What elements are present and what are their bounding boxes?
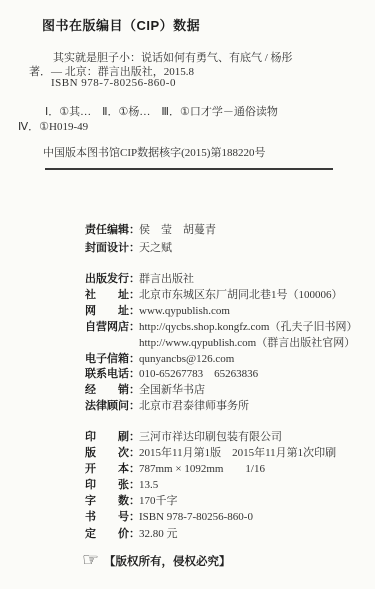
distribution-value: 全国新华书店	[139, 383, 205, 399]
pointing-hand-icon: ☞	[82, 551, 99, 570]
editor-label: 责任编辑：	[85, 222, 139, 240]
book-number-row: 书 号： ISBN 978-7-80256-860-0	[85, 509, 336, 525]
publish-distribute-value: 群言出版社	[139, 272, 194, 288]
online-store-label: 自营网店：	[85, 320, 139, 336]
publisher-section: 出版发行： 群言出版社 社 址： 北京市东城区东厂胡同北巷1号（100006） …	[85, 272, 357, 415]
distribution-row: 经 销： 全国新华书店	[85, 383, 357, 399]
copyright-text: 【版权所有，侵权必究】	[104, 553, 231, 569]
sheets-row: 印 张： 13.5	[85, 477, 336, 493]
sheets-label: 印 张：	[85, 477, 139, 493]
publish-distribute-row: 出版发行： 群言出版社	[85, 272, 357, 288]
phone-value: 010-65267783 65263836	[139, 367, 258, 383]
email-row: 电子信箱： qunyancbs@126.com	[85, 352, 357, 368]
word-count-value: 170千字	[139, 493, 178, 509]
cip-record-number: 中国版本图书馆CIP数据核字(2015)第188220号	[43, 144, 265, 160]
address-value: 北京市东城区东厂胡同北巷1号（100006）	[139, 288, 343, 304]
editor-value: 侯 莹 胡蔓青	[139, 222, 216, 240]
format-row: 开 本： 787mm × 1092mm 1/16	[85, 461, 336, 477]
cover-design-value: 天之赋	[139, 240, 172, 258]
printing-section: 印 刷： 三河市祥达印刷包装有限公司 版 次： 2015年11月第1版 2015…	[85, 429, 336, 542]
address-row: 社 址： 北京市东城区东厂胡同北巷1号（100006）	[85, 288, 357, 304]
email-label: 电子信箱：	[85, 352, 139, 368]
cip-heading: 图书在版编目（CIP）数据	[42, 15, 200, 34]
word-count-label: 字 数：	[85, 493, 139, 509]
price-value: 32.80 元	[139, 526, 178, 542]
printer-row: 印 刷： 三河市祥达印刷包装有限公司	[85, 429, 336, 445]
sheets-value: 13.5	[139, 477, 158, 493]
copyright-notice: ☞ 【版权所有，侵权必究】	[82, 551, 231, 570]
price-row: 定 价： 32.80 元	[85, 526, 336, 542]
edition-row: 版 次： 2015年11月第1版 2015年11月第1次印刷	[85, 445, 336, 461]
editor-row: 责任编辑： 侯 莹 胡蔓青	[85, 222, 216, 240]
divider-line	[45, 168, 333, 170]
edition-label: 版 次：	[85, 445, 139, 461]
legal-counsel-label: 法律顾问：	[85, 399, 139, 415]
online-store-label-2	[85, 336, 139, 352]
address-label: 社 址：	[85, 288, 139, 304]
website-value: www.qypublish.com	[139, 304, 230, 320]
printer-value: 三河市祥达印刷包装有限公司	[139, 429, 282, 445]
legal-counsel-value: 北京市君泰律师事务所	[139, 399, 249, 415]
cip-classification-line-2: Ⅳ．①H019-49	[18, 118, 88, 134]
printer-label: 印 刷：	[85, 429, 139, 445]
website-row: 网 址： www.qypublish.com	[85, 304, 357, 320]
cip-classification-line-1: Ⅰ．①其… Ⅱ．①杨… Ⅲ．①口才学－通俗读物	[45, 103, 278, 119]
cover-design-row: 封面设计： 天之赋	[85, 240, 216, 258]
email-value: qunyancbs@126.com	[139, 352, 234, 368]
credits-section: 责任编辑： 侯 莹 胡蔓青 封面设计： 天之赋	[85, 222, 216, 257]
phone-label: 联系电话：	[85, 367, 139, 383]
price-label: 定 价：	[85, 526, 139, 542]
publish-distribute-label: 出版发行：	[85, 272, 139, 288]
format-label: 开 本：	[85, 461, 139, 477]
book-copyright-page: 图书在版编目（CIP）数据 其实就是胆子小：说话如何有勇气、有底气 / 杨彤 著…	[0, 0, 375, 589]
word-count-row: 字 数： 170千字	[85, 493, 336, 509]
online-store-row: 自营网店： http://qycbs.shop.kongfz.com（孔夫子旧书…	[85, 320, 357, 336]
distribution-label: 经 销：	[85, 383, 139, 399]
cip-isbn-line: ISBN 978-7-80256-860-0	[51, 77, 176, 89]
book-number-label: 书 号：	[85, 509, 139, 525]
legal-counsel-row: 法律顾问： 北京市君泰律师事务所	[85, 399, 357, 415]
cover-design-label: 封面设计：	[85, 240, 139, 258]
online-store-value-2: http://www.qypublish.com（群言出版社官网）	[139, 336, 355, 352]
book-number-value: ISBN 978-7-80256-860-0	[139, 509, 253, 525]
edition-value: 2015年11月第1版 2015年11月第1次印刷	[139, 445, 336, 461]
online-store-row-2: http://www.qypublish.com（群言出版社官网）	[85, 336, 357, 352]
online-store-value: http://qycbs.shop.kongfz.com（孔夫子旧书网）	[139, 320, 357, 336]
format-value: 787mm × 1092mm 1/16	[139, 461, 265, 477]
website-label: 网 址：	[85, 304, 139, 320]
phone-row: 联系电话： 010-65267783 65263836	[85, 367, 357, 383]
